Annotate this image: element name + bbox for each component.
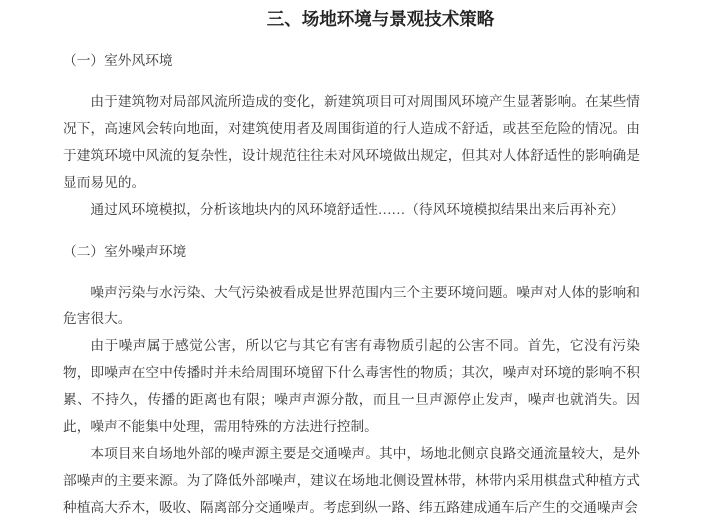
section-2-paragraph-3: 本项目来自场地外部的噪声源主要是交通噪声。其中，场地北侧京良路交通流量较大，是外… xyxy=(63,441,640,520)
section-1-heading: （一）室外风环境 xyxy=(63,47,640,74)
document-page: 三、场地环境与景观技术策略 （一）室外风环境 由于建筑物对局部风流所造成的变化，… xyxy=(0,0,702,520)
section-2-paragraph-2: 由于噪声属于感觉公害，所以它与其它有害有毒物质引起的公害不同。首先，它没有污染物… xyxy=(63,333,640,441)
section-wind-environment: （一）室外风环境 由于建筑物对局部风流所造成的变化，新建筑项目可对周围风环境产生… xyxy=(63,47,640,224)
section-2-paragraph-1: 噪声污染与水污染、大气污染被看成是世界范围内三个主要环境问题。噪声对人体的影响和… xyxy=(63,280,640,334)
section-noise-environment: （二）室外噪声环境 噪声污染与水污染、大气污染被看成是世界范围内三个主要环境问题… xyxy=(63,238,640,520)
section-2-heading: （二）室外噪声环境 xyxy=(63,238,640,265)
document-title: 三、场地环境与景观技术策略 xyxy=(92,6,669,33)
section-1-paragraph-1: 由于建筑物对局部风流所造成的变化，新建筑项目可对周围风环境产生显著影响。在某些情… xyxy=(63,89,640,197)
section-1-paragraph-2: 通过风环境模拟，分析该地块内的风环境舒适性……（待风环境模拟结果出来后再补充） xyxy=(63,197,640,224)
